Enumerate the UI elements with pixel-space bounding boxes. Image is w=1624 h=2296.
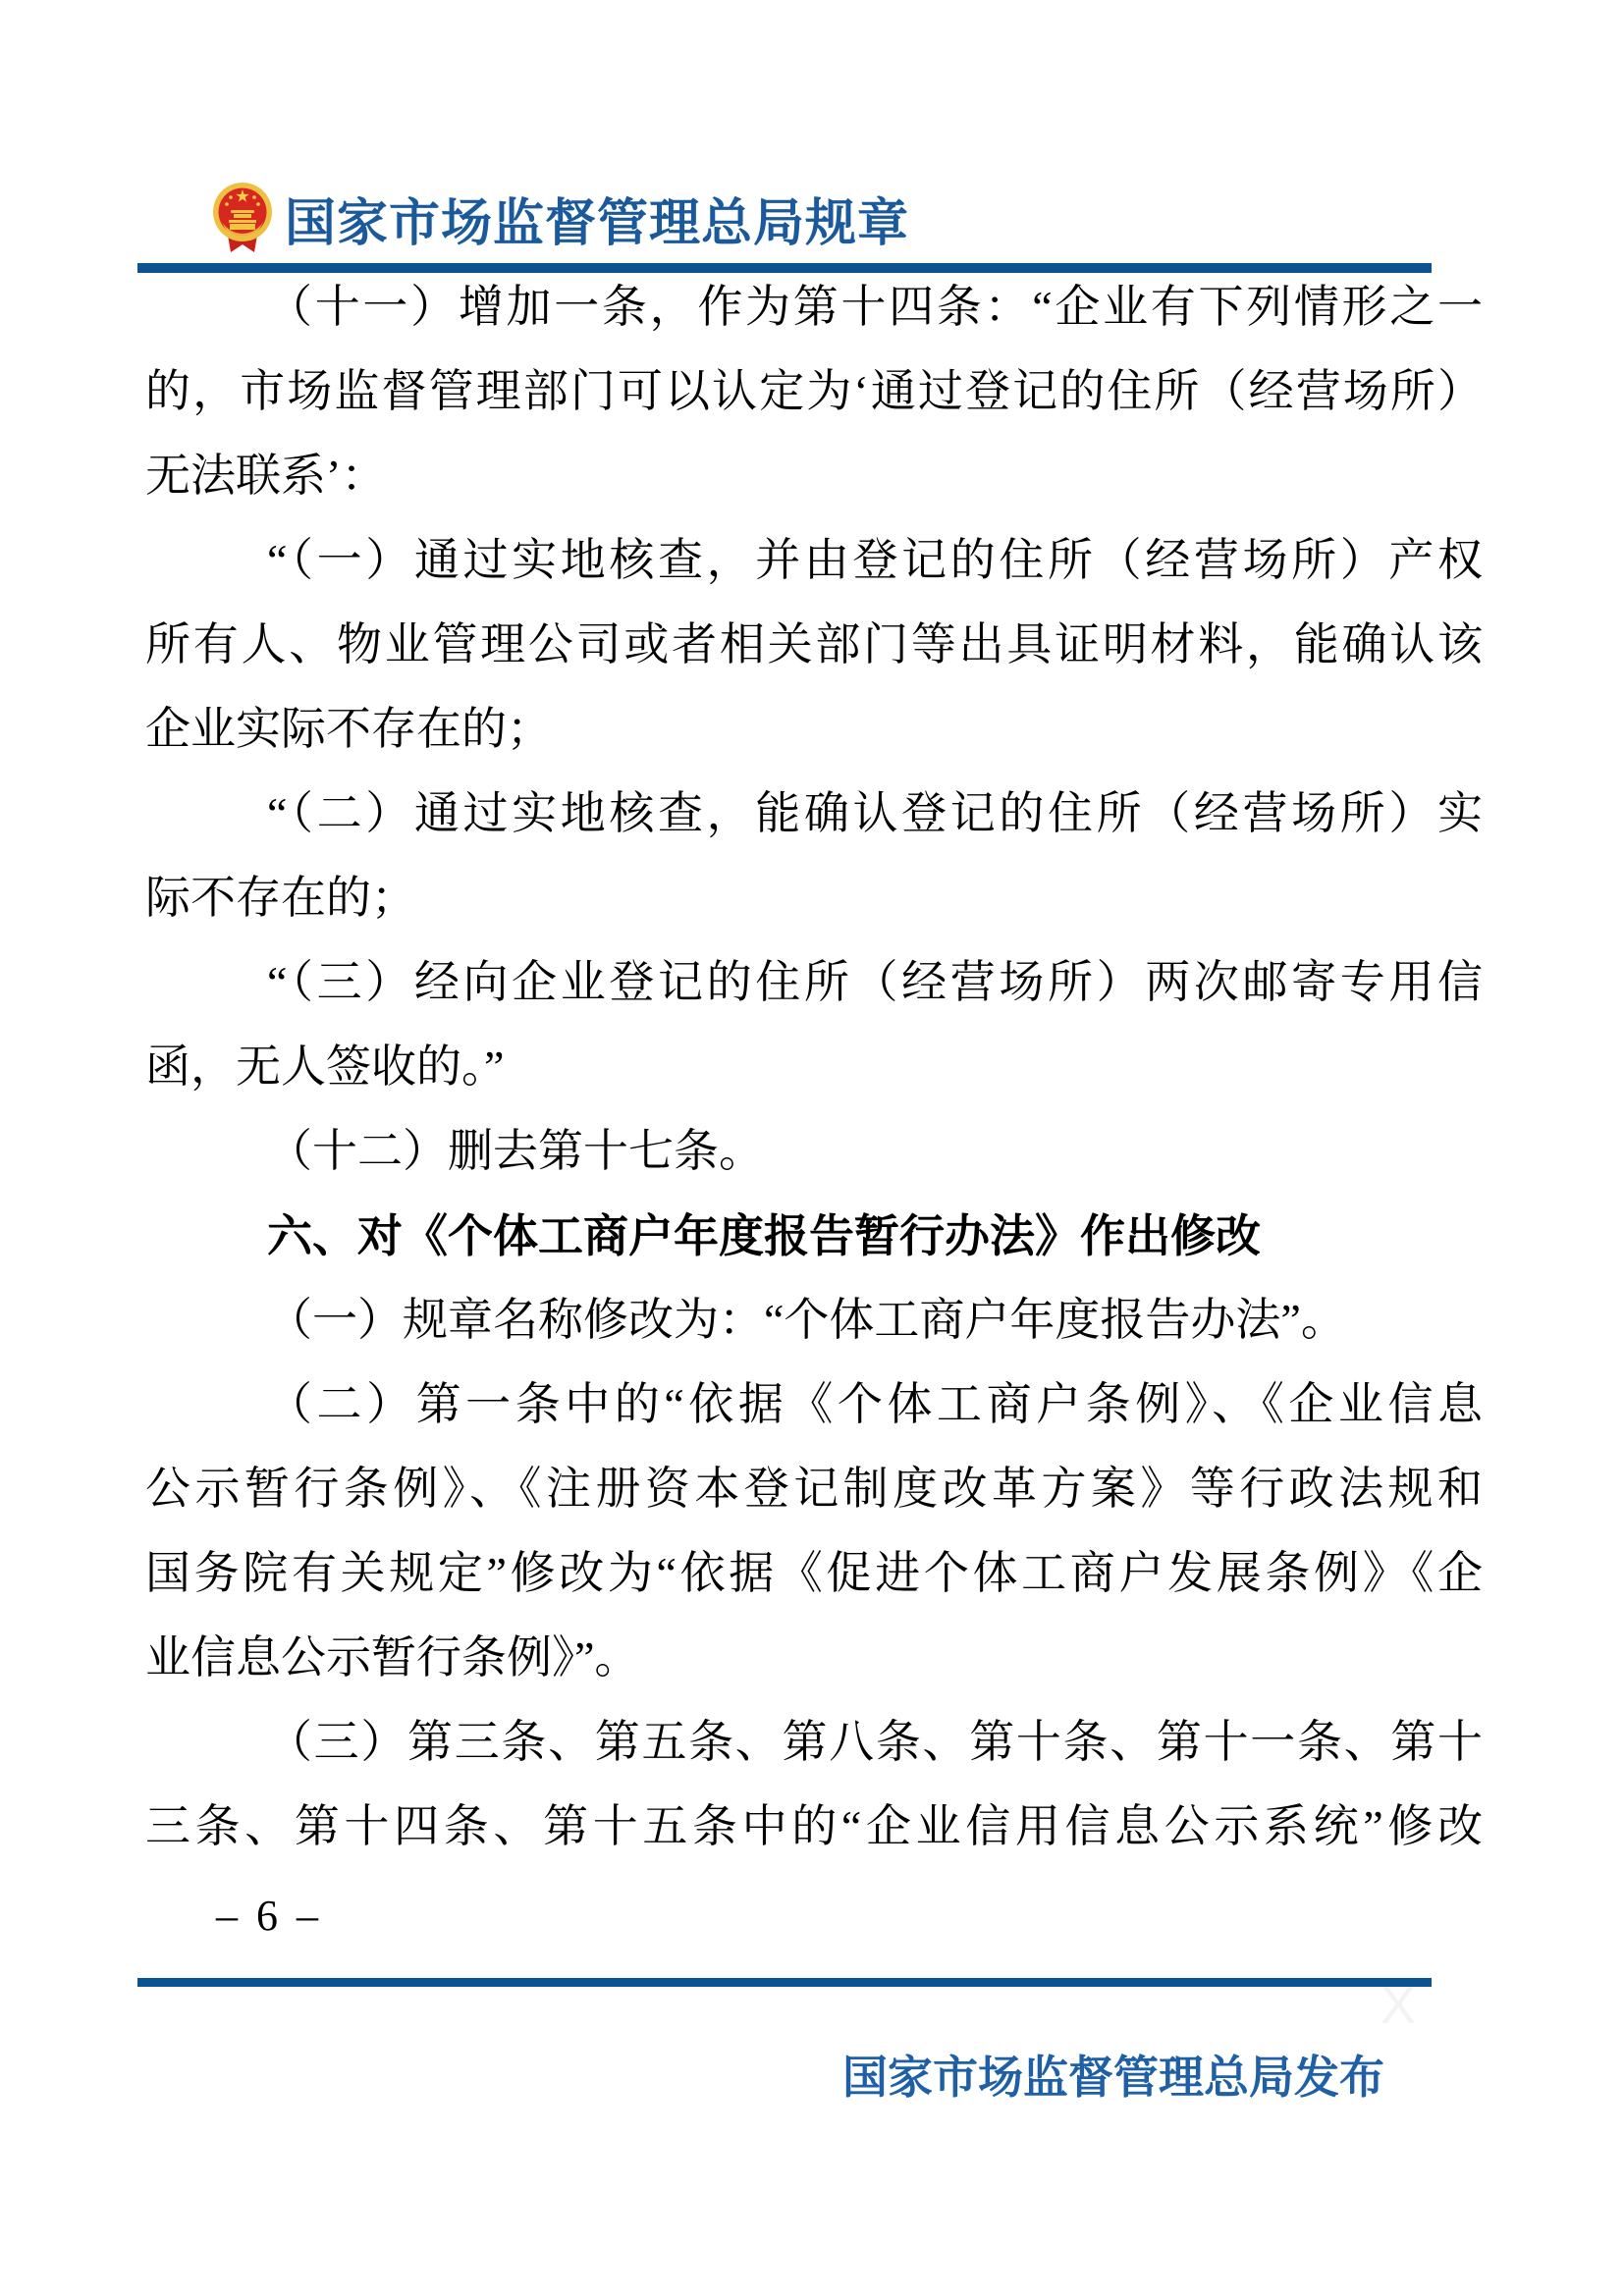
body-line: 国务院有关规定”修改为“依据《促进个体工商户发展条例》《企 xyxy=(145,1543,1483,1628)
body-line: 函，无人签收的。” xyxy=(145,1037,1483,1121)
body-line: （三）第三条、第五条、第八条、第十条、第十一条、第十 xyxy=(145,1712,1483,1796)
header: 国家市场监督管理总局规章 xyxy=(212,181,909,255)
body-line: 的，市场监督管理部门可以认定为‘通过登记的住所（经营场所） xyxy=(145,361,1483,446)
body-line: 企业实际不存在的； xyxy=(145,699,1483,783)
body-line: 三条、第十四条、第十五条中的“企业信用信息公示系统”修改 xyxy=(145,1796,1483,1881)
header-rule xyxy=(137,263,1432,273)
body-line: 际不存在的； xyxy=(145,868,1483,952)
document-page: 国家市场监督管理总局规章 （十一）增加一条，作为第十四条：“企业有下列情形之一的… xyxy=(0,0,1624,2296)
body-line: （二）第一条中的“依据《个体工商户条例》、《企业信息 xyxy=(145,1374,1483,1459)
body-line: 业信息公示暂行条例》”。 xyxy=(145,1628,1483,1712)
footer-rule xyxy=(137,1978,1432,1987)
document-body: （十一）增加一条，作为第十四条：“企业有下列情形之一的，市场监督管理部门可以认定… xyxy=(145,277,1483,1881)
page-number: – 6 – xyxy=(216,1891,322,1941)
china-national-emblem-icon xyxy=(212,181,273,255)
body-line: “（三）经向企业登记的住所（经营场所）两次邮寄专用信 xyxy=(145,952,1483,1037)
body-line: 公示暂行条例》、《注册资本登记制度改革方案》等行政法规和 xyxy=(145,1459,1483,1543)
section-heading: 六、对《个体工商户年度报告暂行办法》作出修改 xyxy=(145,1205,1483,1290)
footer-publisher: 国家市场监督管理总局发布 xyxy=(842,2042,1384,2107)
header-title: 国家市场监督管理总局规章 xyxy=(285,182,909,255)
body-line: （十一）增加一条，作为第十四条：“企业有下列情形之一 xyxy=(145,277,1483,361)
watermark-x: X xyxy=(1380,1979,1416,2032)
body-line: 无法联系’： xyxy=(145,446,1483,530)
body-line: （一）规章名称修改为：“个体工商户年度报告办法”。 xyxy=(145,1290,1483,1374)
body-line: “（一）通过实地核查，并由登记的住所（经营场所）产权 xyxy=(145,530,1483,614)
body-line: 所有人、物业管理公司或者相关部门等出具证明材料，能确认该 xyxy=(145,614,1483,699)
body-line: （十二）删去第十七条。 xyxy=(145,1121,1483,1205)
body-line: “（二）通过实地核查，能确认登记的住所（经营场所）实 xyxy=(145,783,1483,868)
